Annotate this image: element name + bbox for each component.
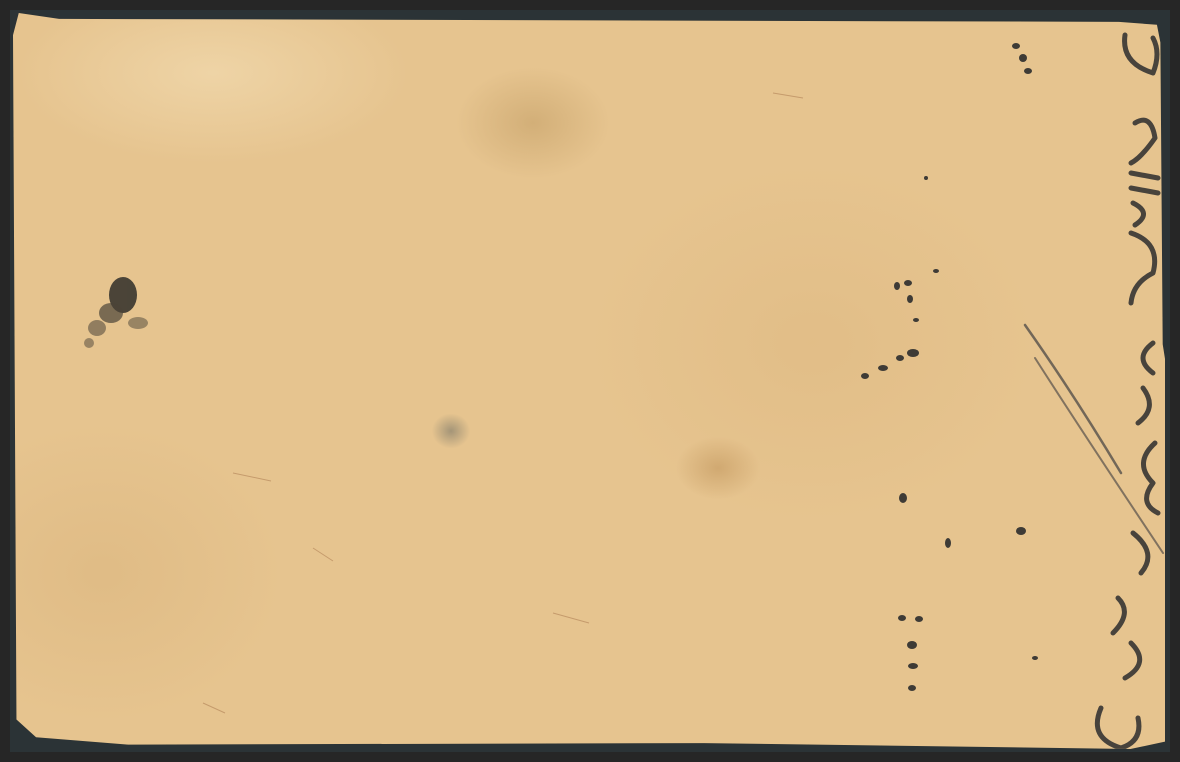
ink-blot (84, 277, 148, 348)
paper-fibers (203, 93, 803, 713)
aged-paper (13, 13, 1165, 749)
dotted-ink-marks (861, 43, 1038, 691)
handwritten-note (1097, 35, 1158, 748)
dark-mount (10, 10, 1170, 752)
ink-marks (13, 13, 1165, 749)
